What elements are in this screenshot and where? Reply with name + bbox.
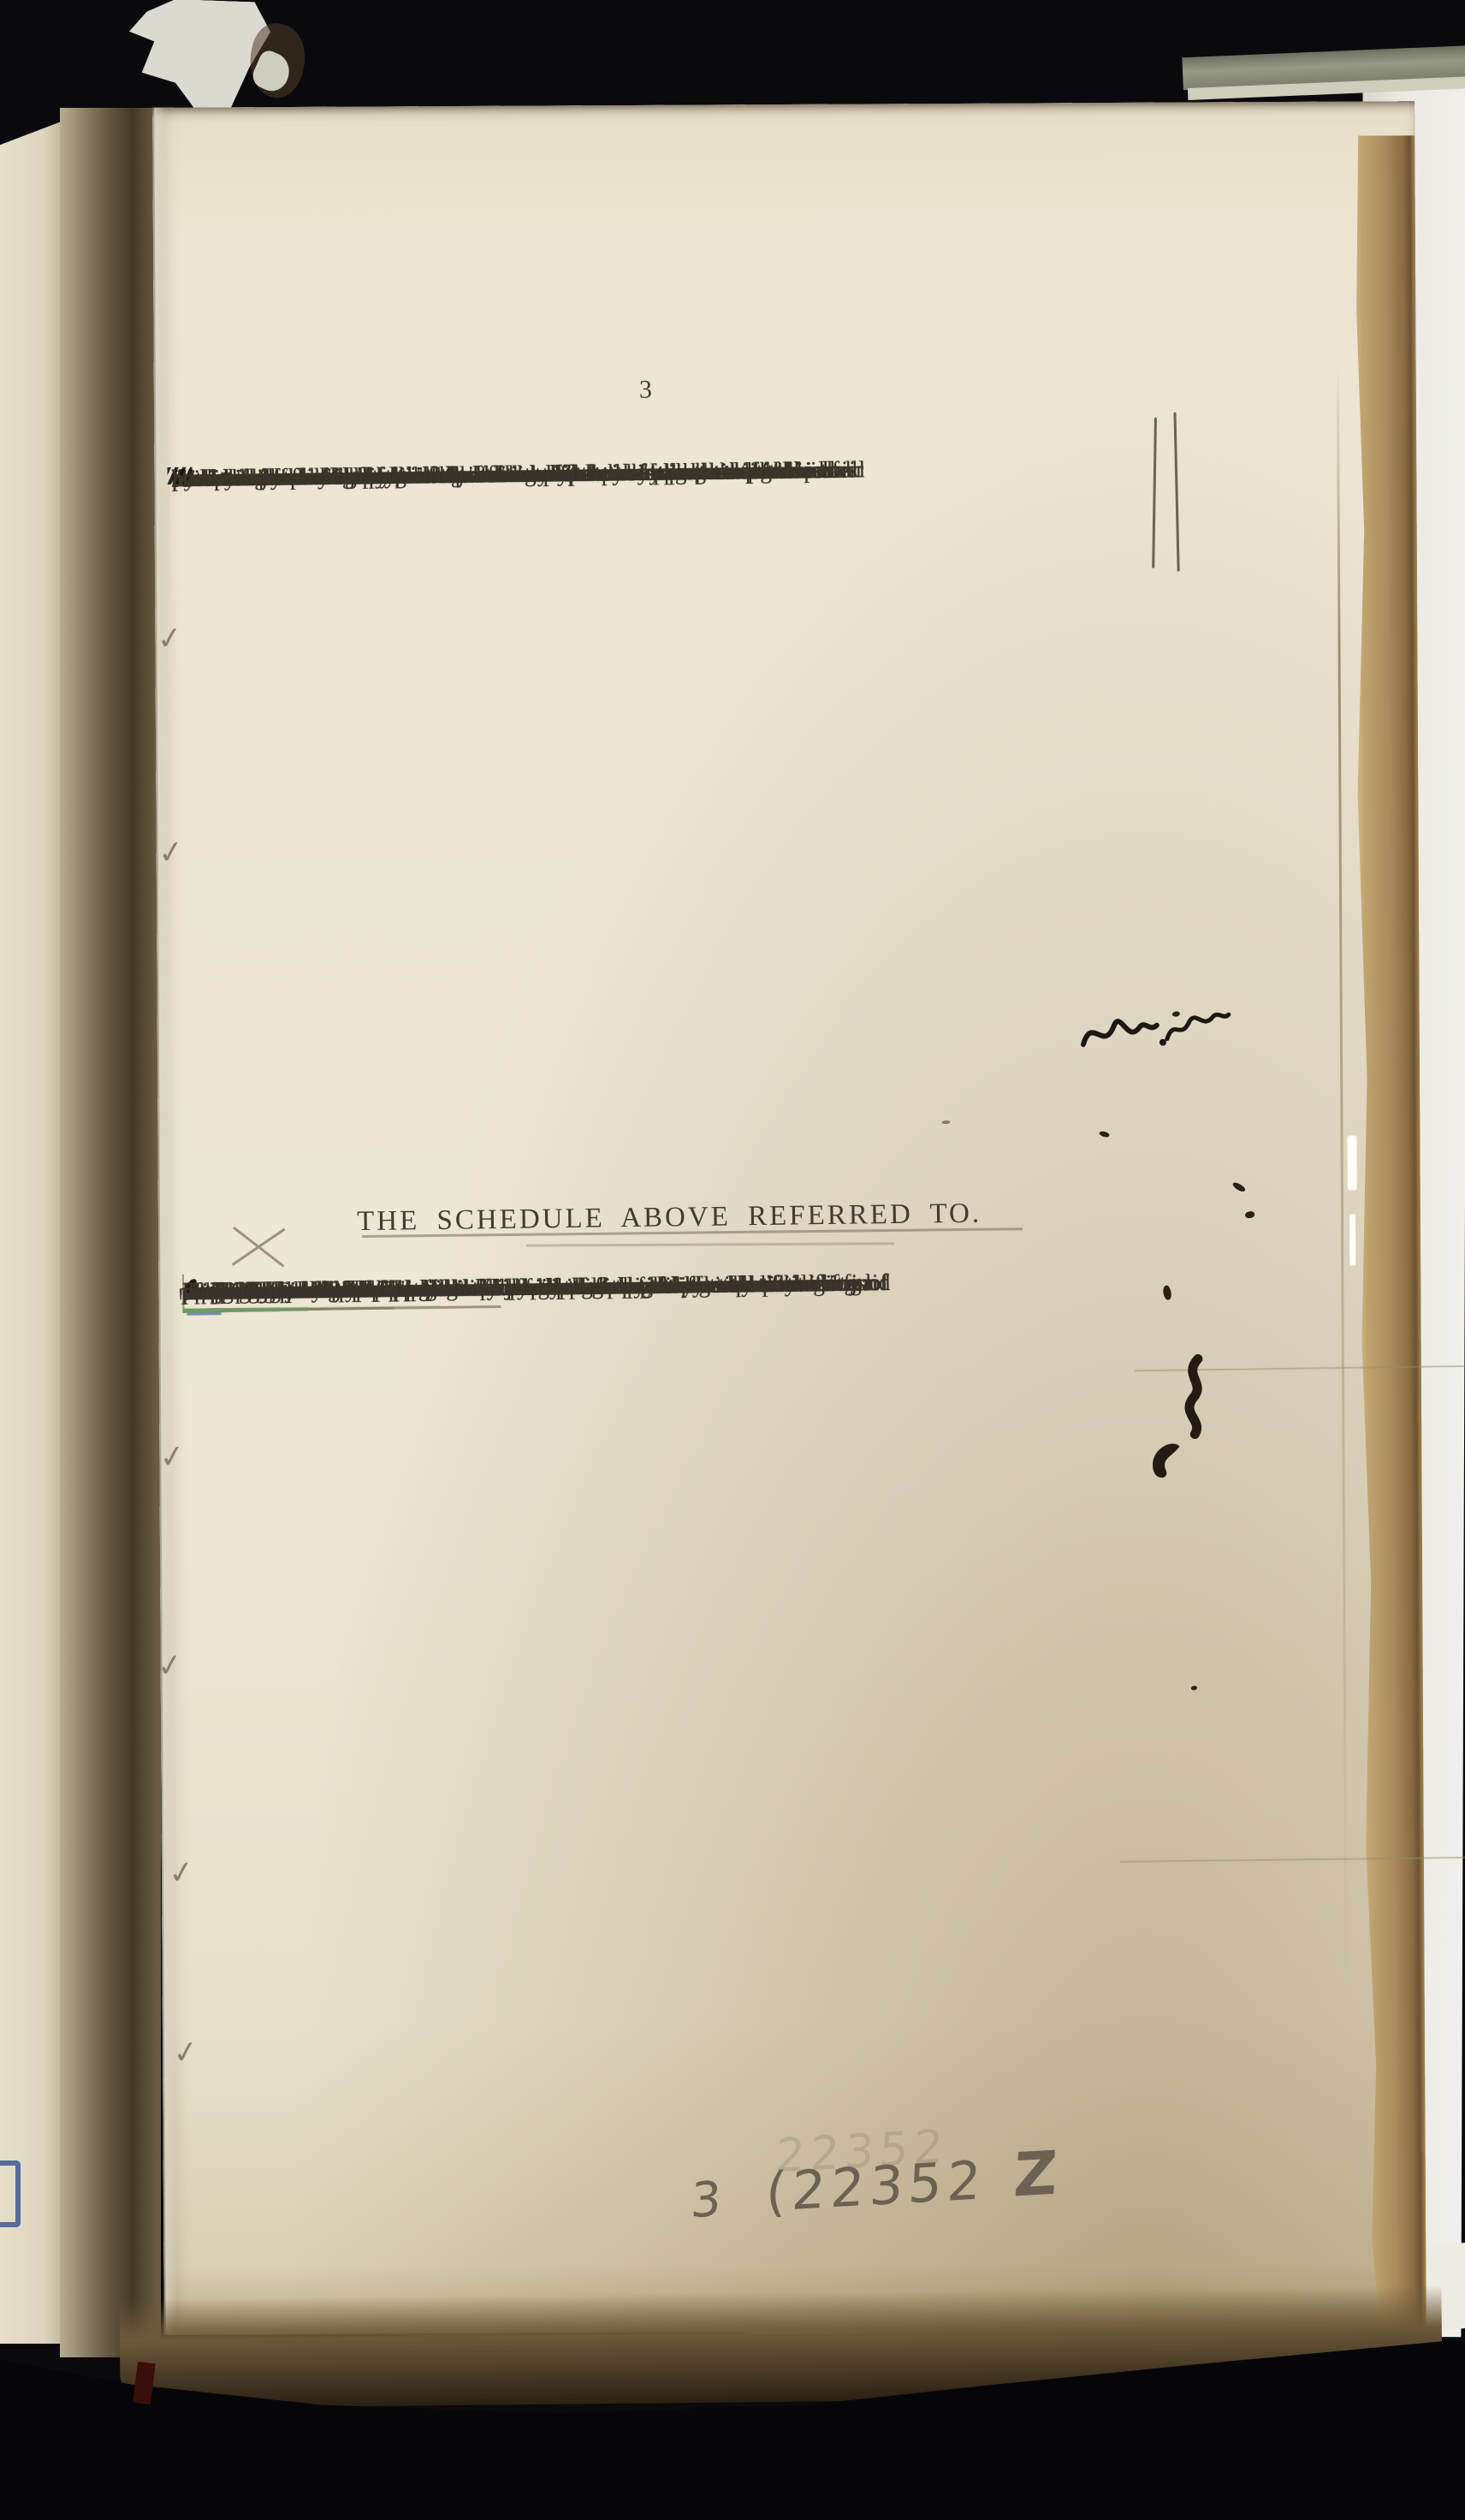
document-page: 3 And the vendors for themselves their s… (152, 101, 1426, 2335)
text-line: and seal the day and year first above wr… (171, 461, 172, 496)
shelfmark-letter: Z (1012, 2137, 1065, 2211)
shelfmark-page-number: 3 (690, 2172, 728, 2230)
margin-checkmark: ✓ (156, 834, 187, 872)
ink-blot-hook (1145, 1435, 1188, 1483)
margin-checkmark: ✓ (166, 1854, 197, 1893)
margin-checkmark: ✓ (157, 1438, 188, 1477)
page-number: 3 (201, 370, 1091, 411)
text-line: waggons carriages horses or other animal… (182, 1275, 183, 1309)
handwritten-correction-scrawl (1078, 1006, 1232, 1060)
margin-checkmark: ✓ (170, 2034, 201, 2072)
blue-stamp-fragment (0, 2160, 21, 2227)
margin-x-mark (227, 1220, 290, 1275)
ink-blot-swirl (1176, 1353, 1214, 1439)
paragraph-covenant: And the vendors for themselves their suc… (171, 449, 1063, 461)
book-gutter-shadow (60, 108, 161, 2357)
text-segment: and seal the day and year first above wr… (171, 455, 610, 496)
shelfmark-code: (22352 (764, 2149, 988, 2224)
margin-checkmark: ✓ (155, 620, 186, 658)
scanned-book-photo: 3 And the vendors for themselves their s… (0, 0, 1465, 2520)
margin-checkmark: ✓ (155, 1647, 186, 1685)
paragraph-condition-9: Condition 9—Within twelve months from th… (182, 1263, 1074, 1275)
